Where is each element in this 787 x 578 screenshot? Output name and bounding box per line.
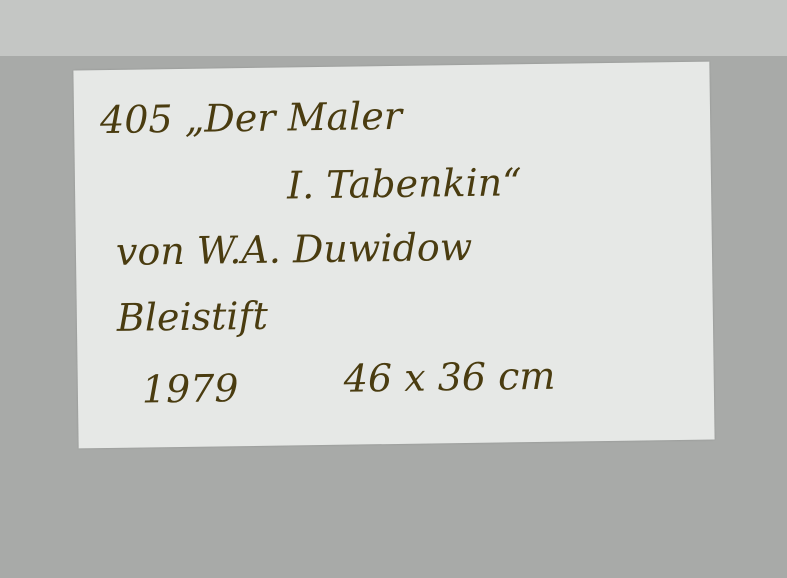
- handwritten-line-title: 405 „Der Maler: [100, 94, 402, 142]
- handwritten-line-dimensions: 46 x 36 cm: [343, 354, 555, 401]
- handwritten-line-artist: von W.A. Duwidow: [116, 225, 473, 274]
- paper-label: 405 „Der Maler I. Tabenkin“ von W.A. Duw…: [73, 62, 714, 449]
- handwritten-line-subject: I. Tabenkin“: [287, 160, 522, 207]
- background-top-strip: [0, 0, 787, 56]
- handwritten-line-year: 1979: [142, 366, 239, 411]
- handwritten-line-medium: Bleistift: [117, 294, 269, 340]
